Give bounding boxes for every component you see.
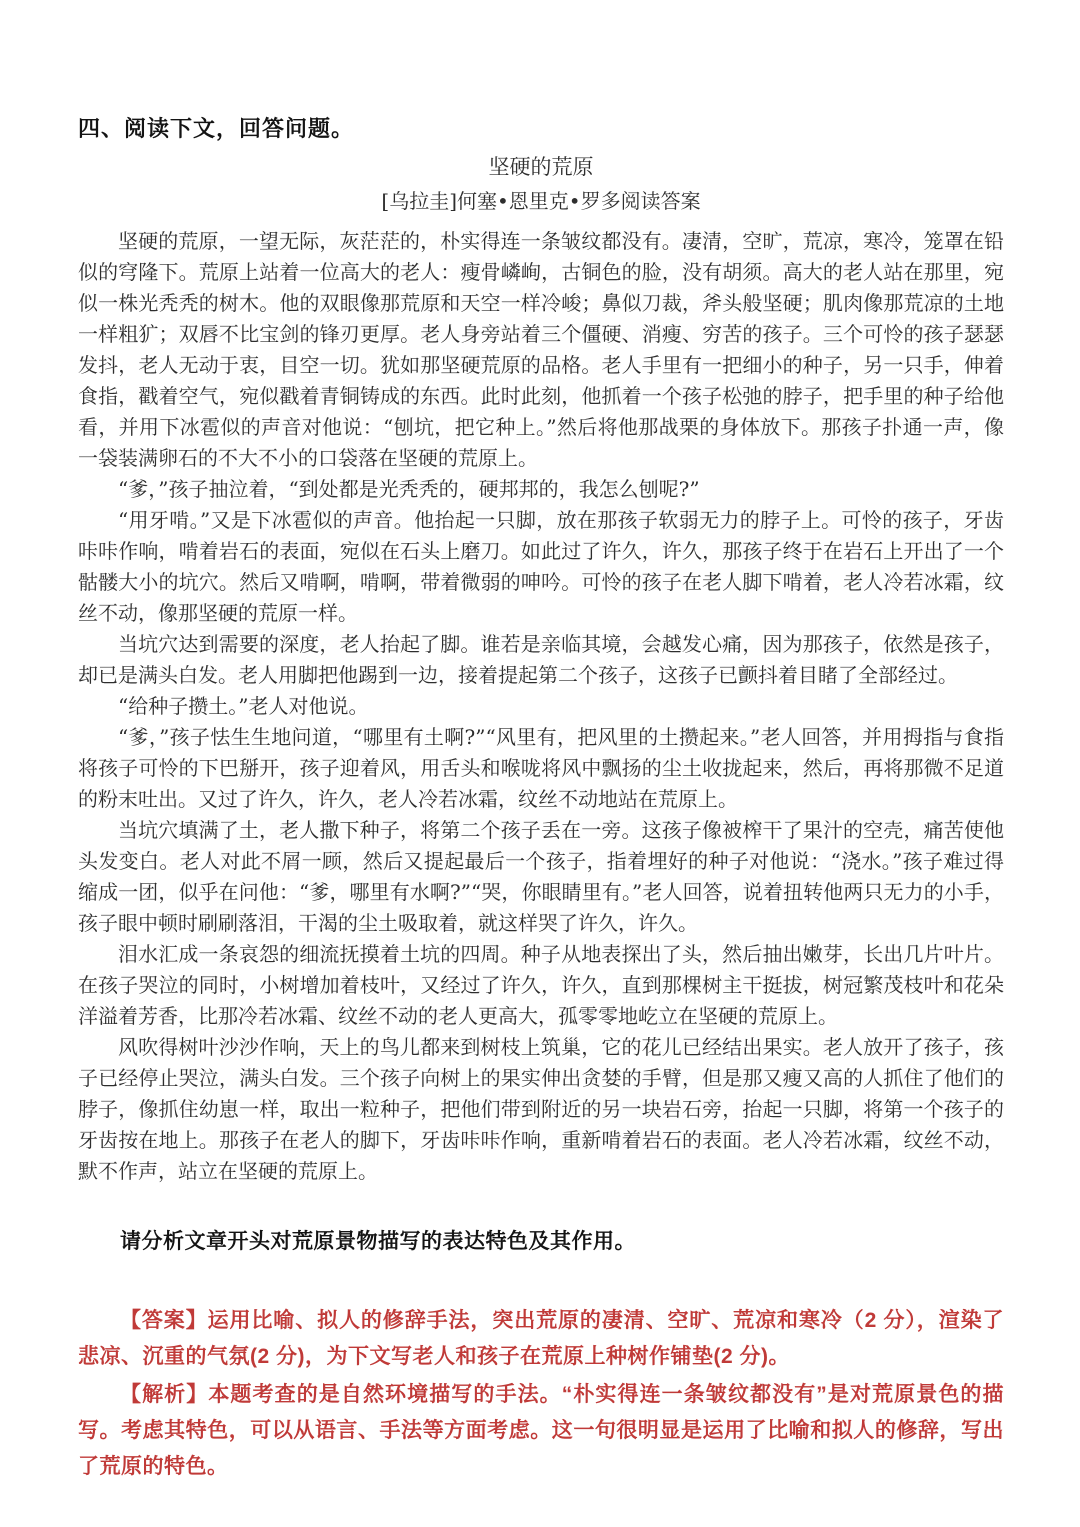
article-paragraph: 风吹得树叶沙沙作响，天上的鸟儿都来到树枝上筑巢，它的花儿已经结出果实。老人放开了…: [78, 1032, 1004, 1187]
article-paragraph: 当坑穴达到需要的深度，老人抬起了脚。谁若是亲临其境，会越发心痛，因为那孩子，依然…: [78, 629, 1004, 691]
article-title: 坚硬的荒原: [78, 151, 1004, 181]
article-paragraph: 泪水汇成一条哀怨的细流抚摸着土坑的四周。种子从地表探出了头，然后抽出嫩芽，长出几…: [78, 939, 1004, 1032]
article-paragraph: 坚硬的荒原，一望无际，灰茫茫的，朴实得连一条皱纹都没有。凄清，空旷，荒凉，寒冷，…: [78, 226, 1004, 474]
article-paragraph: 当坑穴填满了土，老人撒下种子，将第二个孩子丢在一旁。这孩子像被榨干了果汁的空壳，…: [78, 815, 1004, 939]
article: 坚硬的荒原 [乌拉圭]何塞•恩里克•罗多阅读答案 坚硬的荒原，一望无际，灰茫茫的…: [78, 151, 1004, 1187]
article-paragraph: “给种子攒土。”老人对他说。: [78, 691, 1004, 722]
section-heading: 四、阅读下文，回答问题。: [78, 112, 1004, 143]
article-paragraph: “爹，”孩子抽泣着，“到处都是光秃秃的，硬邦邦的，我怎么刨呢?”: [78, 474, 1004, 505]
question-text: 请分析文章开头对荒原景物描写的表达特色及其作用。: [78, 1225, 1004, 1255]
analysis-text: 【解析】本题考查的是自然环境描写的手法。“朴实得连一条皱纹都没有”是对荒原景色的…: [78, 1377, 1004, 1485]
article-paragraph: “用牙啃。”又是下冰雹似的声音。他抬起一只脚，放在那孩子软弱无力的脖子上。可怜的…: [78, 505, 1004, 629]
article-paragraph: “爹，”孩子怯生生地问道，“哪里有土啊?”“风里有，把风里的土攒起来。”老人回答…: [78, 722, 1004, 815]
answer-text: 【答案】运用比喻、拟人的修辞手法，突出荒原的凄清、空旷、荒凉和寒冷（2 分），渲…: [78, 1303, 1004, 1375]
article-byline: [乌拉圭]何塞•恩里克•罗多阅读答案: [78, 185, 1004, 214]
document-page: 四、阅读下文，回答问题。 坚硬的荒原 [乌拉圭]何塞•恩里克•罗多阅读答案 坚硬…: [0, 0, 1080, 1527]
